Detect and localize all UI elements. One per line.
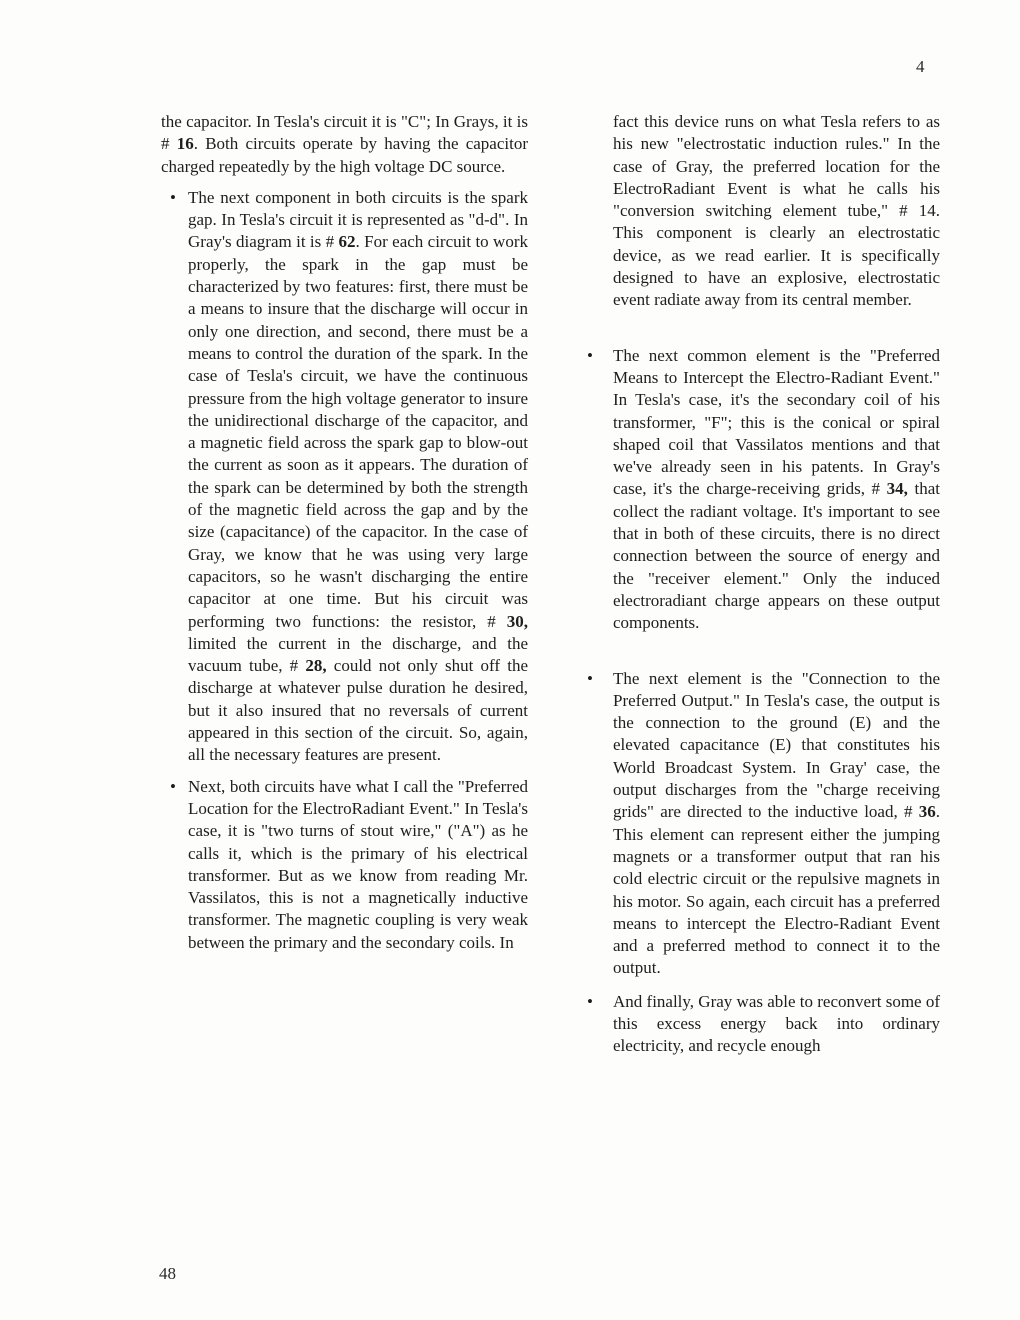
paragraph-text: fact this device runs on what Tesla refe… <box>613 112 940 309</box>
paragraph-text: The next common element is the "Preferre… <box>613 346 940 633</box>
column-left: the capacitor. In Tesla's circuit it is … <box>161 111 528 963</box>
text-run: fact this device runs on what Tesla refe… <box>613 112 940 309</box>
bullet-item: •The next component in both circuits is … <box>161 187 528 767</box>
text-run: . For each circuit to work properly, the… <box>188 232 528 630</box>
paragraph: the capacitor. In Tesla's circuit it is … <box>161 111 528 178</box>
text-run: . This element can represent either the … <box>613 802 940 977</box>
column-right: fact this device runs on what Tesla refe… <box>587 111 940 1067</box>
bullet-marker-icon: • <box>587 991 593 1013</box>
bullet-item: •The next common element is the "Preferr… <box>587 345 940 635</box>
text-run: that collect the radiant voltage. It's i… <box>613 479 940 632</box>
page-number-footer: 48 <box>159 1263 176 1285</box>
paragraph-text: Next, both circuits have what I call the… <box>188 777 528 952</box>
bold-text-run: 16 <box>177 134 194 153</box>
document-page: 4 the capacitor. In Tesla's circuit it i… <box>0 0 1020 1320</box>
bullet-marker-icon: • <box>587 668 593 690</box>
bold-text-run: 28, <box>305 656 326 675</box>
bold-text-run: 62 <box>339 232 356 251</box>
paragraph-text: The next element is the "Connection to t… <box>613 669 940 978</box>
paragraph-text: The next component in both circuits is t… <box>188 188 528 764</box>
bullet-item: •Next, both circuits have what I call th… <box>161 776 528 954</box>
bullet-item: •The next element is the "Connection to … <box>587 668 940 980</box>
text-run: And finally, Gray was able to reconvert … <box>613 992 940 1056</box>
paragraph-text: And finally, Gray was able to reconvert … <box>613 992 940 1056</box>
text-run: The next element is the "Connection to t… <box>613 669 940 822</box>
page-number-header: 4 <box>916 56 925 78</box>
bullet-marker-icon: • <box>587 345 593 367</box>
bullet-marker-icon: • <box>170 187 176 209</box>
bold-text-run: 36 <box>919 802 936 821</box>
text-run: Next, both circuits have what I call the… <box>188 777 528 952</box>
bullet-item: •And finally, Gray was able to reconvert… <box>587 991 940 1058</box>
paragraph: fact this device runs on what Tesla refe… <box>587 111 940 312</box>
paragraph-text: the capacitor. In Tesla's circuit it is … <box>161 112 528 176</box>
bold-text-run: 30, <box>507 612 528 631</box>
text-run: . Both circuits operate by having the ca… <box>161 134 528 175</box>
text-run: The next common element is the "Preferre… <box>613 346 940 499</box>
bullet-marker-icon: • <box>170 776 176 798</box>
bold-text-run: 34, <box>887 479 908 498</box>
